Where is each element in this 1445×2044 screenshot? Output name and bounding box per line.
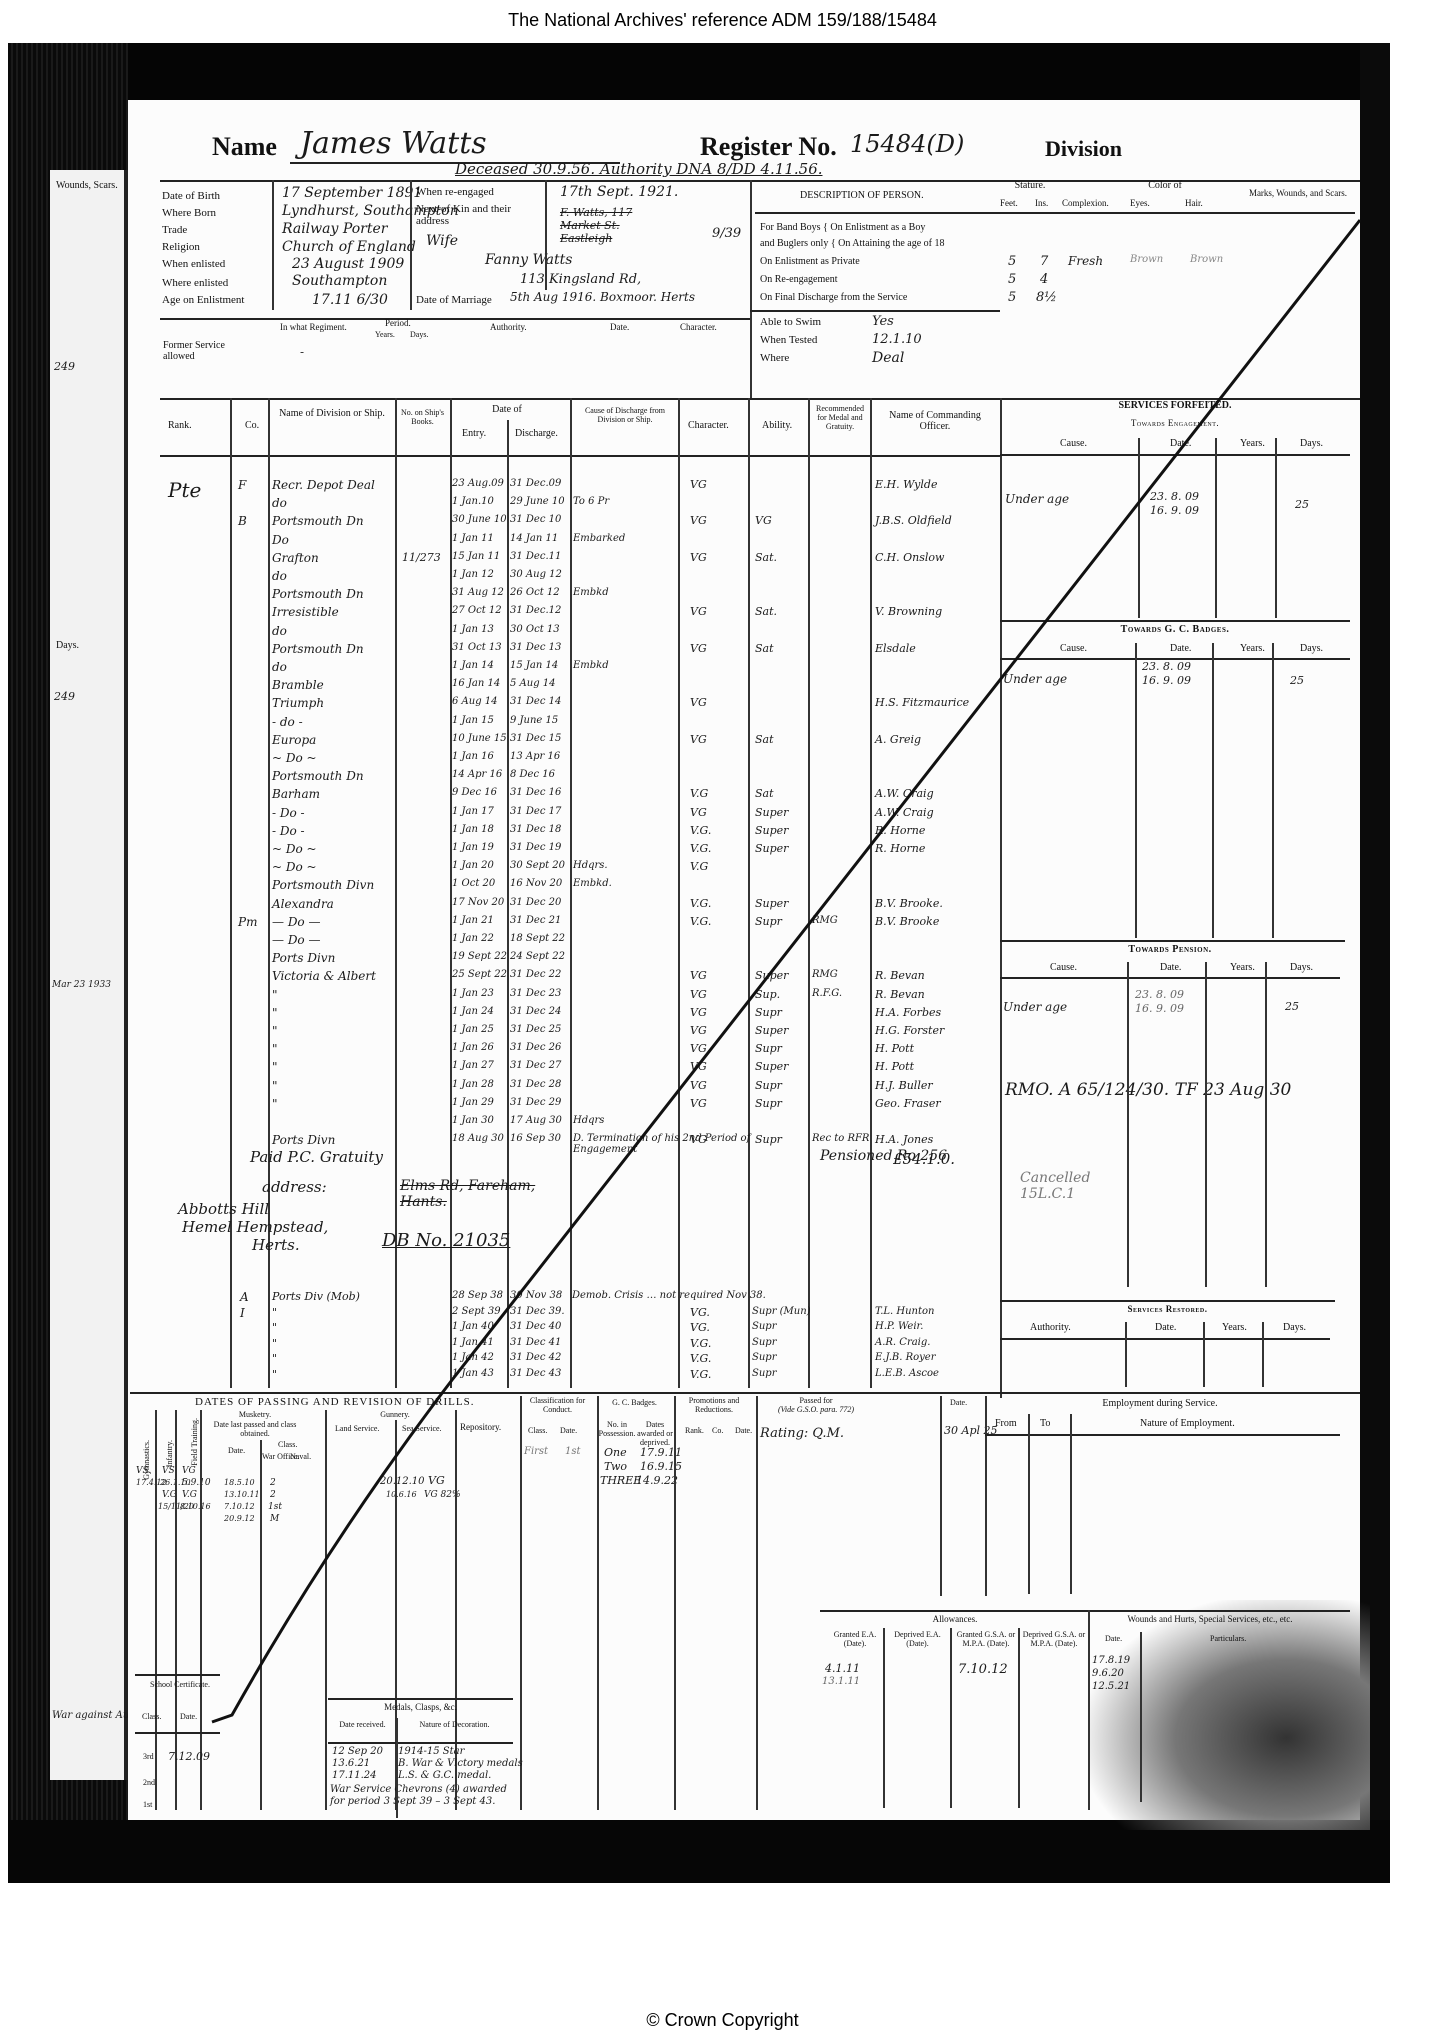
register-label: Register No. <box>700 132 837 162</box>
divider <box>750 310 1000 312</box>
col-class: Class. <box>528 1426 547 1435</box>
service-cell-character: VG <box>690 1024 707 1037</box>
sea-service-date: 20.12.10 <box>380 1476 425 1487</box>
passed-for-title: Passed for <box>756 1396 876 1405</box>
repository-title: Repository. <box>460 1422 501 1432</box>
musketry-class: 1st <box>268 1502 282 1512</box>
service-cell-ship: " <box>272 1097 278 1111</box>
service-cell-entry: 1 Jan 23 <box>452 988 494 999</box>
service-cell-medal: R.F.G. <box>812 988 842 999</box>
service-cell-character: V.G. <box>690 915 711 928</box>
gratuity-label: Paid P.C. Gratuity <box>250 1148 383 1166</box>
divider <box>1000 977 1340 979</box>
medal-nature: 1914-15 Star <box>398 1746 464 1757</box>
towards-gc-badges-title: Towards G. C. Badges. <box>1000 624 1350 635</box>
service-cell-entry: 1 Jan 11 <box>452 533 494 544</box>
divider <box>1212 643 1214 938</box>
towards-pension-title: Towards Pension. <box>1000 944 1340 955</box>
drills-title: DATES OF PASSING AND REVISION OF DRILLS. <box>195 1396 475 1408</box>
passed-for-subtitle: (Vide G.S.O. para. 772) <box>756 1405 876 1414</box>
service-cell-cause: Hdqrs <box>573 1115 604 1126</box>
service-cell-entry: 10 June 15 <box>452 733 507 744</box>
col-dates-awarded: Dates awarded or deprived. <box>636 1420 674 1447</box>
col-date: Date. <box>735 1426 752 1435</box>
divider <box>160 318 750 320</box>
service-cell-discharge: 31 Dec 10 <box>510 514 561 525</box>
service-cell-entry: 1 Jan 24 <box>452 1006 494 1017</box>
col-medal: Recommended for Medal and Gratuity. <box>815 404 865 431</box>
divider <box>1000 940 1345 942</box>
former-service-value: - <box>300 345 304 359</box>
trade-value: Railway Porter <box>282 221 387 237</box>
col-date: Date. <box>1160 962 1181 973</box>
service-cell-character: VG <box>690 969 707 982</box>
service-cell-ship: Barham <box>272 787 320 801</box>
service-cell-officer: V. Browning <box>875 605 942 618</box>
field-training-value: 8.10.16 <box>180 1502 211 1511</box>
where-enlisted-value: Southampton <box>292 273 387 289</box>
divider <box>1265 962 1267 1287</box>
divider <box>1138 438 1140 618</box>
where-value: Deal <box>872 350 904 366</box>
service-cell-officer: H.A. Jones <box>875 1133 933 1146</box>
service-cell-character: VG <box>690 1060 707 1073</box>
age-on-enlistment-value: 17.11 6/30 <box>312 292 388 308</box>
service-cell-discharge: 31 Dec 21 <box>510 915 561 926</box>
gc-badge-number: Two <box>604 1460 627 1473</box>
service-cell-entry: 25 Sept 22 <box>452 969 507 980</box>
tested-value: 12.1.10 <box>872 332 922 347</box>
col-date-received: Date received. <box>330 1720 395 1729</box>
service-cell-officer: B.V. Brooke. <box>875 897 943 910</box>
service-cell-discharge: 31 Dec 25 <box>510 1024 561 1035</box>
address-line: Abbotts Hill <box>178 1200 269 1218</box>
divider <box>570 398 572 1388</box>
recall-cell-officer: L.E.B. Ascoe <box>875 1368 939 1379</box>
col-from: From <box>995 1418 1017 1429</box>
medal-date: 12 Sep 20 <box>332 1746 383 1757</box>
label-reengaged: When re-engaged <box>416 186 494 198</box>
gratuity-value: £54.1.0. <box>893 1150 955 1168</box>
divider <box>135 1674 220 1676</box>
service-cell-discharge: 16 Nov 20 <box>510 878 562 889</box>
service-cell-cause: Embarked <box>573 533 625 544</box>
address-line: Herts. <box>252 1236 300 1254</box>
col-particulars: Particulars. <box>1210 1634 1246 1643</box>
deceased-annotation: Deceased 30.9.56. Authority DNA 8/DD 4.1… <box>455 160 823 178</box>
service-cell-discharge: 31 Dec 23 <box>510 988 561 999</box>
label-religion: Religion <box>162 241 200 253</box>
wound-date: 12.5.21 <box>1092 1681 1130 1692</box>
wound-date: 9.6.20 <box>1092 1668 1124 1679</box>
divider <box>520 1396 522 1810</box>
gc-badge-number: One <box>604 1446 627 1459</box>
archive-reference: The National Archives' reference ADM 159… <box>0 10 1445 31</box>
service-cell-ship: " <box>272 1006 278 1020</box>
service-cell-character: VG <box>690 551 707 564</box>
forfeit-date: 16. 9. 09 <box>1150 504 1199 517</box>
service-cell-entry: 1 Oct 20 <box>452 878 495 889</box>
desc-row-label: For Band Boys { On Enlistment as a Boy <box>760 222 925 233</box>
service-cell-character: VG <box>690 988 707 1001</box>
service-cell-ability: Sat. <box>755 551 777 564</box>
divider <box>985 1396 987 1596</box>
col-date: Date. <box>1155 1322 1176 1333</box>
service-cell-ship: " <box>272 1079 278 1093</box>
service-cell-entry: 1 Jan 30 <box>452 1115 494 1126</box>
divider <box>272 180 274 310</box>
service-cell-officer: J.B.S. Oldfield <box>875 514 952 527</box>
col-date: Date. <box>1105 1634 1122 1643</box>
service-cell-entry: 1 Jan 18 <box>452 824 494 835</box>
service-cell-ability: Supr <box>755 1133 782 1146</box>
service-cell-ship: - do - <box>272 715 303 729</box>
granted-ea-date: 4.1.11 <box>825 1662 860 1675</box>
kin-struck-address: F. Watts, 117 Market St. Eastleigh <box>560 206 660 245</box>
desc-row-label: On Enlistment as Private <box>760 256 860 267</box>
service-cell-medal: RMG <box>812 915 838 926</box>
service-cell-discharge: 31 Dec 20 <box>510 897 561 908</box>
recall-cell-discharge: 31 Dec 41 <box>510 1337 561 1348</box>
service-cell-discharge: 31 Dec.12 <box>510 605 561 616</box>
service-cell-entry: 19 Sept 22 <box>452 951 507 962</box>
service-cell-ability: Sat <box>755 733 774 746</box>
divider <box>870 398 872 1388</box>
date-of-marriage-value: 5th Aug 1916. Boxmoor. Herts <box>510 290 695 304</box>
gc-date: 23. 8. 09 <box>1142 660 1191 673</box>
service-cell-entry: 15 Jan 11 <box>452 551 500 562</box>
musketry-date: 18.5.10 <box>224 1478 255 1487</box>
service-cell-ship: do <box>272 660 287 674</box>
granted-ea-date: 13.1.11 <box>822 1676 860 1687</box>
service-cell-books: 11/273 <box>402 551 441 564</box>
service-cell-officer: H. Pott <box>875 1042 914 1055</box>
col-rank: Rank. <box>168 420 192 431</box>
service-cell-discharge: 31 Dec.11 <box>510 551 561 562</box>
swim-value: Yes <box>872 314 894 329</box>
service-cell-discharge: 31 Dec 16 <box>510 787 561 798</box>
field-training-value: VG <box>182 1466 196 1476</box>
col-days: Days. <box>1300 438 1323 449</box>
service-cell-discharge: 31 Dec 27 <box>510 1060 561 1071</box>
stature-header: Stature. <box>1000 180 1060 191</box>
divider <box>1000 1338 1330 1340</box>
gc-days: 25 <box>1290 674 1304 687</box>
hair-value: Brown <box>1190 254 1223 265</box>
col-granted-gsa: Granted G.S.A. or M.P.A. (Date). <box>952 1630 1020 1648</box>
db-number: DB No. 21035 <box>382 1230 510 1251</box>
service-cell-discharge: 31 Dec 13 <box>510 642 561 653</box>
service-cell-medal: Rec to RFR <box>812 1133 869 1144</box>
when-enlisted-value: 23 August 1909 <box>292 256 404 272</box>
medals-title: Medals, Clasps, &c. <box>328 1702 513 1712</box>
service-cell-cause: Embkd <box>573 660 609 671</box>
col-years: Years. <box>1230 962 1255 973</box>
cert-class: 3rd <box>143 1752 154 1761</box>
allowances-title: Allowances. <box>820 1614 1090 1624</box>
recall-cell-officer: A.R. Craig. <box>875 1337 930 1348</box>
col-musketry-date: Date. <box>228 1446 245 1455</box>
recall-cell-entry: 2 Sept 39 <box>452 1306 501 1317</box>
service-cell-ship: do <box>272 569 287 583</box>
service-cell-officer: H.J. Buller <box>875 1079 933 1092</box>
margin-days-label: Days. <box>56 640 79 651</box>
service-cell-discharge: 26 Oct 12 <box>510 587 560 598</box>
col-nature: Nature of Employment. <box>1140 1418 1235 1429</box>
service-cell-ship: ~ Do ~ <box>272 860 317 874</box>
desc-row-label: On Re-engagement <box>760 274 837 285</box>
col-feet: Feet. <box>1000 198 1018 208</box>
label-when-tested: When Tested <box>760 334 817 346</box>
service-cell-entry: 9 Dec 16 <box>452 787 497 798</box>
service-cell-character: VG <box>690 514 707 527</box>
divider <box>328 1742 513 1744</box>
service-cell-character: VG <box>690 1006 707 1019</box>
label-date-of-marriage: Date of Marriage <box>416 294 492 306</box>
sea-service-date: 10.6.16 <box>386 1490 417 1499</box>
recall-cell-entry: 1 Jan 40 <box>452 1321 494 1332</box>
col-days: Days. <box>1283 1322 1306 1333</box>
divider <box>1070 1414 1072 1594</box>
divider <box>410 180 412 310</box>
divider <box>750 180 752 400</box>
recall-cell-entry: 1 Jan 43 <box>452 1368 494 1379</box>
service-cell-entry: 1 Jan 27 <box>452 1060 494 1071</box>
service-cell-entry: 31 Aug 12 <box>452 587 504 598</box>
cert-class: 2nd <box>143 1778 155 1787</box>
service-cell-character: VG <box>690 733 707 746</box>
service-cell-officer: R. Bevan <box>875 988 925 1001</box>
col-period: Period. <box>385 318 411 328</box>
service-cell-entry: 1 Jan 28 <box>452 1079 494 1090</box>
label-where-enlisted: Where enlisted <box>162 277 228 289</box>
cert-class: 1st <box>143 1800 152 1809</box>
service-cell-ability: Super <box>755 969 788 982</box>
service-cell-cause: Hdqrs. <box>573 860 608 871</box>
complexion-value: Fresh <box>1068 254 1103 268</box>
col-authority: Authority. <box>490 322 527 332</box>
service-cell-discharge: 31 Dec 15 <box>510 733 561 744</box>
divider <box>230 398 232 1388</box>
service-cell-ability: Sup. <box>755 988 780 1001</box>
musketry-date: 13.10.11 <box>224 1490 260 1499</box>
ins-value: 8½ <box>1036 290 1057 305</box>
divider <box>328 1698 513 1700</box>
service-cell-officer: H. Pott <box>875 1060 914 1073</box>
service-cell-ship: Bramble <box>272 678 324 692</box>
service-cell-ability: Sat <box>755 642 774 655</box>
divider <box>135 1732 220 1734</box>
forfeit-date: 23. 8. 09 <box>1150 490 1199 503</box>
col-sea-service: Sea Service. <box>402 1424 442 1433</box>
col-character: Character. <box>688 420 729 431</box>
promotions-title: Promotions and Reductions. <box>674 1396 754 1414</box>
recall-cell-discharge: 31 Dec 40 <box>510 1321 561 1332</box>
ins-value: 7 <box>1040 254 1048 269</box>
gc-badge-date: 14.9.22 <box>636 1474 678 1487</box>
division-label: Division <box>1045 136 1122 162</box>
col-entry: Entry. <box>462 428 486 439</box>
date-of-birth-value: 17 September 1891 <box>282 185 422 201</box>
service-cell-ability: Super <box>755 806 788 819</box>
service-cell-ship: " <box>272 988 278 1002</box>
recall-cell-entry: 28 Sep 38 <box>452 1290 503 1301</box>
desc-row-label: On Final Discharge from the Service <box>760 292 907 303</box>
divider <box>1018 1628 1020 1808</box>
service-cell-ship: Triumph <box>272 696 324 710</box>
address-label: address: <box>262 1178 327 1196</box>
service-cell-ship: Alexandra <box>272 897 334 911</box>
service-cell-discharge: 31 Dec 26 <box>510 1042 561 1053</box>
service-cell-character: VG <box>690 1133 707 1146</box>
color-header: Color of <box>1115 180 1215 191</box>
service-cell-entry: 1 Jan 22 <box>452 933 494 944</box>
col-infantry: Infantry. <box>165 1440 174 1467</box>
divider <box>985 1434 1340 1436</box>
crown-copyright: © Crown Copyright <box>0 2010 1445 2031</box>
col-field-training: Field Training. <box>190 1418 199 1466</box>
service-cell-discharge: 31 Dec 14 <box>510 696 561 707</box>
col-years: Years. <box>1240 438 1265 449</box>
service-cell-officer: A.W. Craig <box>875 787 934 800</box>
service-cell-ability: Supr <box>755 1079 782 1092</box>
service-cell-discharge: 31 Dec 28 <box>510 1079 561 1090</box>
service-cell-ship: — Do — <box>272 915 320 929</box>
service-cell-entry: 1 Jan 15 <box>452 715 494 726</box>
service-cell-discharge: 31 Dec 22 <box>510 969 561 980</box>
col-officer: Name of Commanding Officer. <box>880 410 990 432</box>
col-ability: Ability. <box>762 420 792 431</box>
col-complexion: Complexion. <box>1062 198 1109 208</box>
conduct-class-value: First <box>524 1446 548 1457</box>
service-cell-character: VG <box>690 1042 707 1055</box>
musketry-subtitle: Date last passed and class obtained. <box>205 1420 305 1438</box>
margin-marks-header: Wounds, Scars. <box>56 180 118 191</box>
col-years: Years. <box>375 330 395 339</box>
service-cell-discharge: 31 Dec 29 <box>510 1097 561 1108</box>
feet-value: 5 <box>1008 290 1016 305</box>
col-character: Character. <box>680 322 717 332</box>
reengaged-value: 17th Sept. 1921. <box>560 184 678 200</box>
col-date: Date. <box>560 1426 577 1435</box>
divider <box>1088 1610 1090 1810</box>
service-cell-discharge: 30 Oct 13 <box>510 624 560 635</box>
service-cell-discharge: 18 Sept 22 <box>510 933 565 944</box>
divider <box>1000 454 1350 456</box>
service-cell-officer: Geo. Fraser <box>875 1097 941 1110</box>
cert-date: 7.12.09 <box>168 1750 210 1763</box>
col-cause: Cause. <box>1060 643 1087 654</box>
service-cell-discharge: 31 Dec.09 <box>510 478 561 489</box>
col-years: Years. <box>1240 643 1265 654</box>
address-line: Hemel Hempstead, <box>182 1218 328 1236</box>
address-struck: Elms Rd, Fareham, Hants. <box>400 1178 550 1210</box>
label-where-born: Where Born <box>162 207 216 219</box>
margin-value: 249 <box>54 690 75 703</box>
label-when-enlisted: When enlisted <box>162 258 225 270</box>
col-years: Years. <box>1222 1322 1247 1333</box>
field-training-value: V.G <box>182 1490 197 1500</box>
col-date: Date. <box>1170 643 1191 654</box>
col-eyes: Eyes. <box>1130 198 1150 208</box>
recall-cell-officer: H.P. Weir. <box>875 1321 923 1332</box>
col-discharge: Discharge. <box>515 428 558 439</box>
sea-service-qualification: VG <box>428 1474 445 1487</box>
col-granted-ea: Granted E.A. (Date). <box>825 1630 885 1648</box>
service-cell-character: V.G <box>690 860 708 873</box>
service-cell-character: V.G. <box>690 824 711 837</box>
divider <box>1275 438 1277 618</box>
service-cell-co: B <box>238 514 247 528</box>
divider <box>1000 1300 1335 1302</box>
col-deprived-gsa: Deprived G.S.A. or M.P.A. (Date). <box>1020 1630 1088 1648</box>
divider <box>1125 1322 1127 1387</box>
col-to: To <box>1040 1418 1050 1429</box>
service-cell-ability: Super <box>755 824 788 837</box>
divider <box>883 1628 885 1808</box>
recall-cell-ability: Supr <box>752 1368 776 1379</box>
service-cell-entry: 30 June 10 <box>452 514 507 525</box>
service-cell-cause: Embkd. <box>573 878 612 889</box>
gc-badge-date: 16.9.15 <box>640 1460 682 1473</box>
col-books: No. on Ship's Books. <box>400 408 445 426</box>
service-cell-character: VG <box>690 478 707 491</box>
service-cell-ship: — Do — <box>272 933 320 947</box>
service-cell-officer: R. Horne <box>875 842 925 855</box>
service-cell-ship: - Do - <box>272 806 305 820</box>
service-cell-entry: 16 Jan 14 <box>452 678 500 689</box>
recall-cell-character: VG. <box>690 1306 710 1319</box>
kin-relation: Wife <box>426 233 458 249</box>
service-cell-entry: 18 Aug 30 <box>452 1133 504 1144</box>
service-cell-rank: Pte <box>168 478 201 502</box>
service-cell-ship: Grafton <box>272 551 319 565</box>
service-cell-medal: RMG <box>812 969 838 980</box>
divider <box>1272 643 1274 938</box>
musketry-class: M <box>270 1514 279 1524</box>
divider <box>1262 1322 1264 1387</box>
recall-cell-ship: " <box>272 1306 277 1319</box>
label-where: Where <box>760 352 789 364</box>
service-cell-discharge: 29 June 10 <box>510 496 565 507</box>
pension-date: 23. 8. 09 <box>1135 988 1184 1001</box>
service-cell-discharge: 31 Dec 19 <box>510 842 561 853</box>
service-cell-officer: H.S. Fitzmaurice <box>875 696 969 709</box>
col-cause: Cause of Discharge from Division or Ship… <box>575 406 675 424</box>
service-cell-discharge: 15 Jan 14 <box>510 660 558 671</box>
service-cell-character: VG <box>690 696 707 709</box>
service-cell-ship: Ports Divn <box>272 951 335 965</box>
col-musketry-class: Class. <box>278 1440 297 1449</box>
service-cell-discharge: 16 Sep 30 <box>510 1133 561 1144</box>
recall-cell-entry: 1 Jan 41 <box>452 1337 494 1348</box>
col-regiment: In what Regiment. <box>280 322 347 332</box>
service-cell-cause: To 6 Pr <box>573 496 609 507</box>
left-flap-page: 249 249 Wounds, Scars. Days. Mar 23 1933… <box>50 170 128 1780</box>
musketry-title: Musketry. <box>205 1410 305 1419</box>
service-cell-ship: Portsmouth Dn <box>272 769 364 783</box>
service-cell-character: VG <box>690 806 707 819</box>
divider <box>396 1718 398 1818</box>
service-cell-character: V.G. <box>690 842 711 855</box>
col-co: Co. <box>712 1426 723 1435</box>
gc-badges-title: G. C. Badges. <box>597 1398 672 1407</box>
col-ship: Name of Division or Ship. <box>272 408 392 419</box>
service-cell-ability: Super <box>755 842 788 855</box>
recall-cell-character: V.G. <box>690 1337 711 1350</box>
service-cell-officer: R. Horne <box>875 824 925 837</box>
service-cell-discharge: 31 Dec 24 <box>510 1006 561 1017</box>
